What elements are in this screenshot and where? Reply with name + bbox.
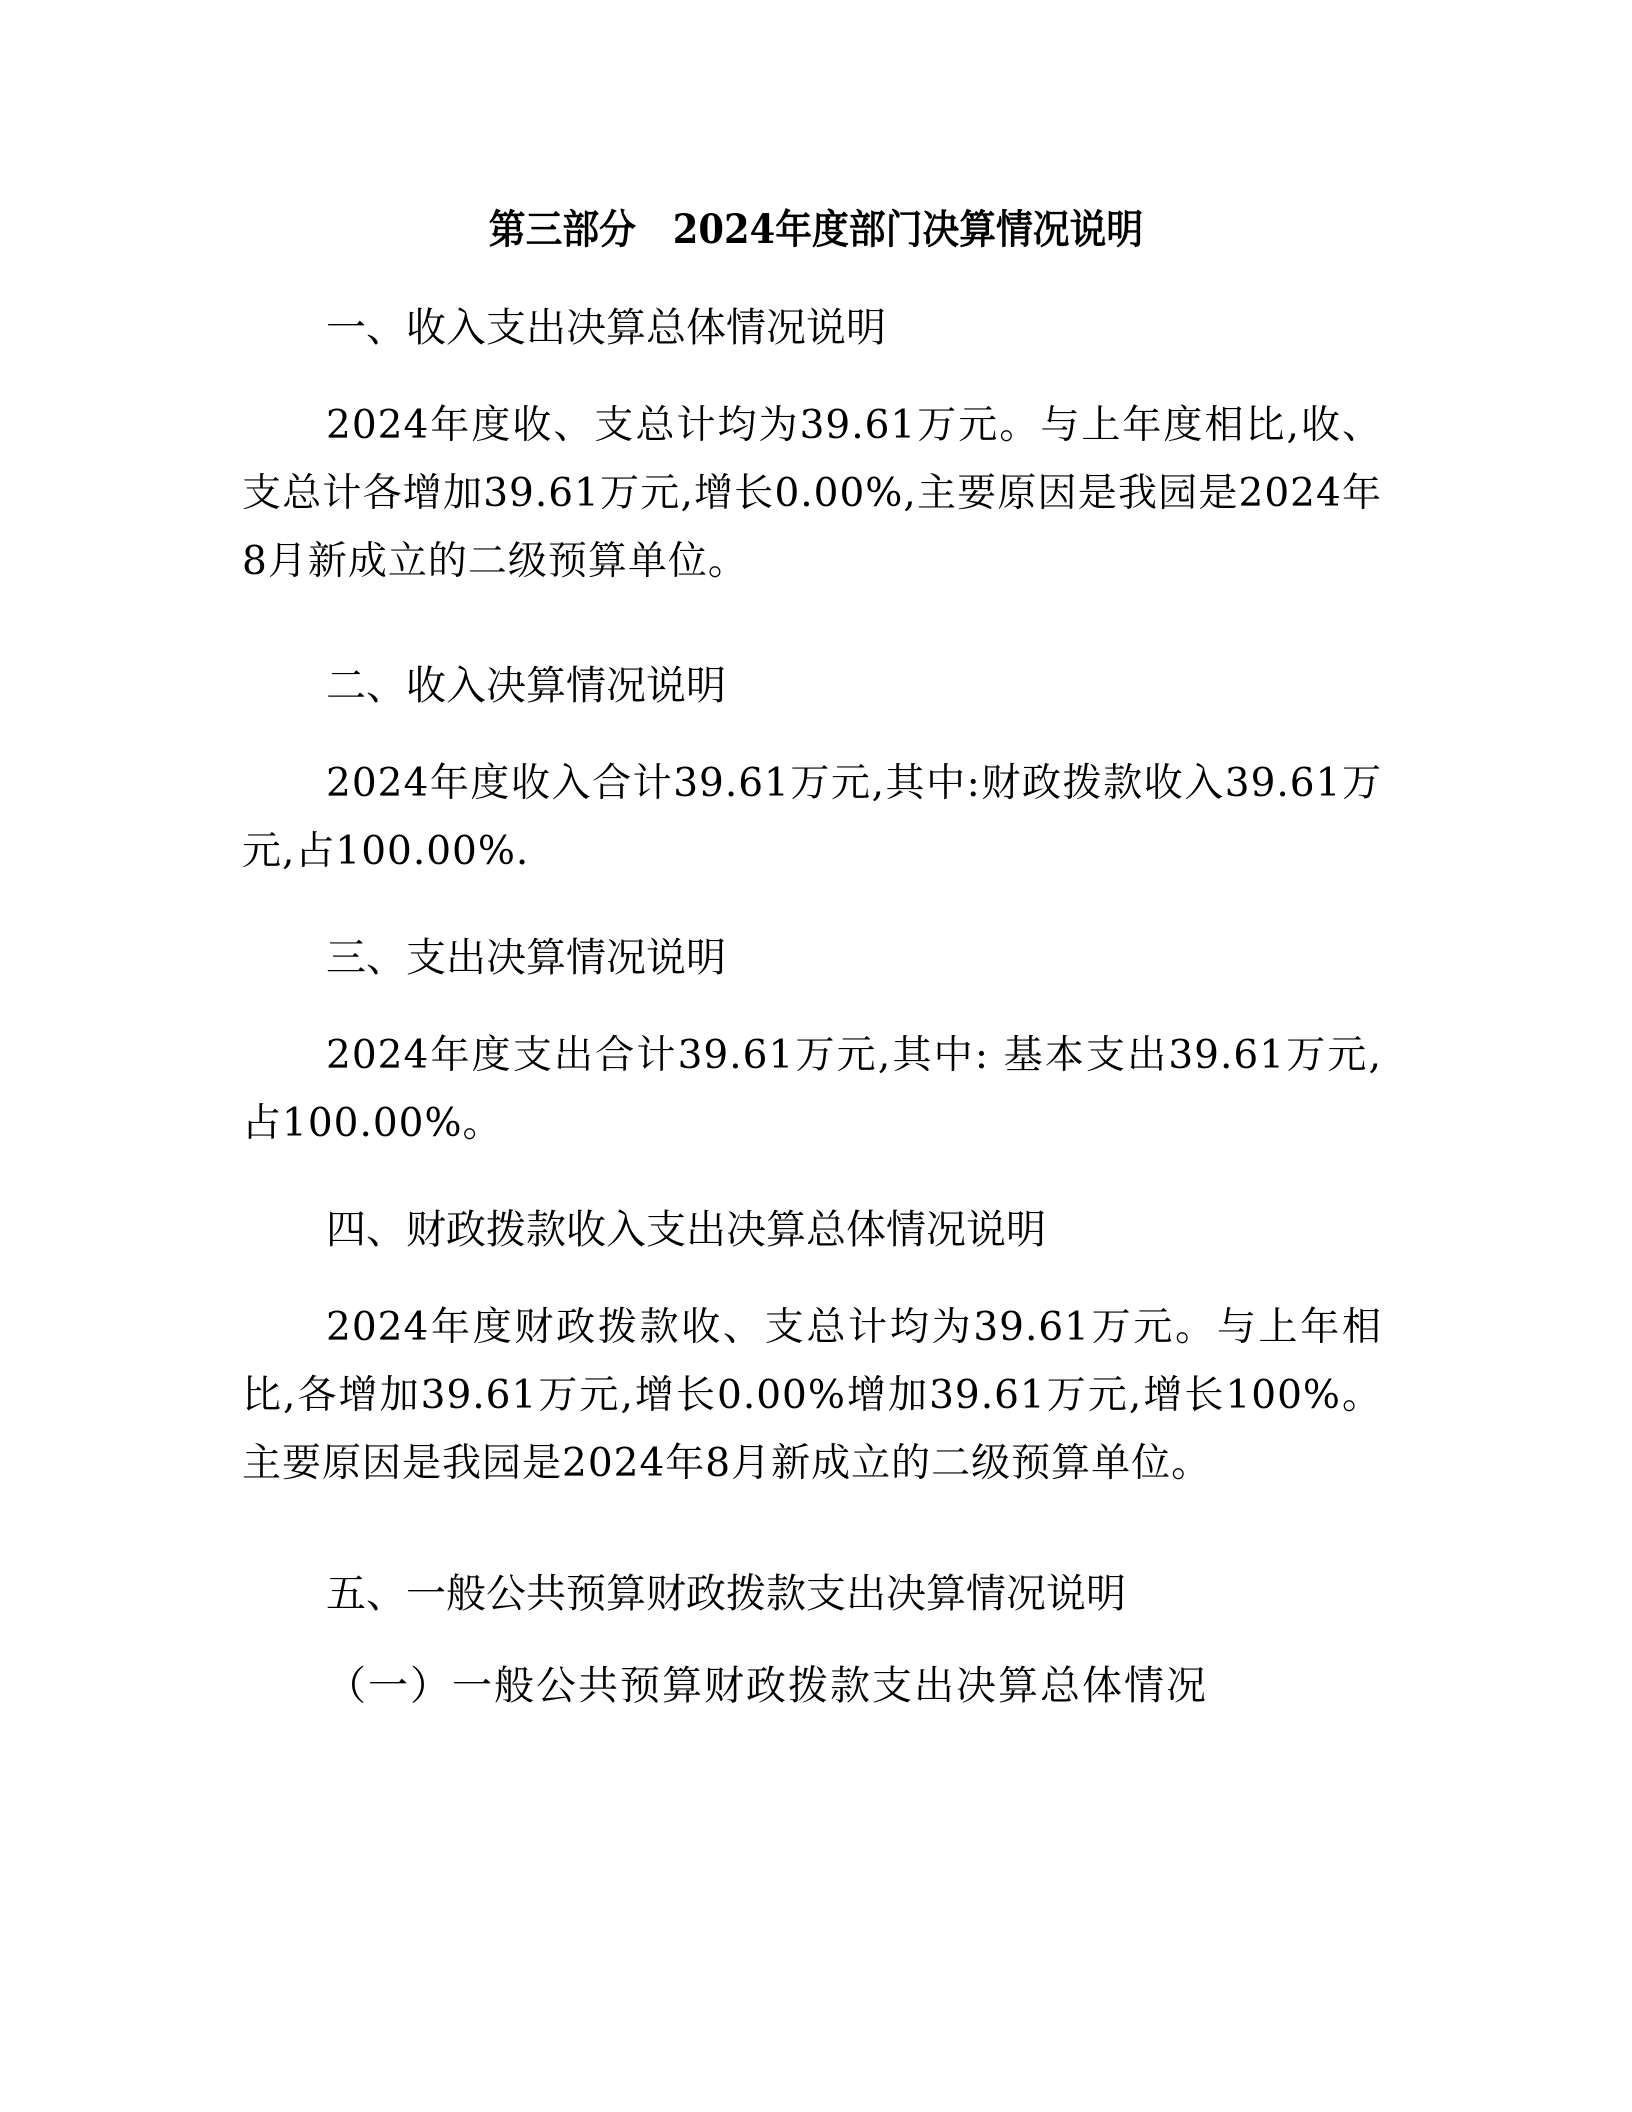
section-heading-expenditure: 三、支出决算情况说明 <box>326 928 726 988</box>
section-subheading-general-public-budget-overview: （一）一般公共预算财政拨款支出决算总体情况 <box>326 1656 1208 1716</box>
section-body-expenditure: 2024年度支出合计39.61万元,其中: 基本支出39.61万元,占100.0… <box>242 1022 1382 1158</box>
section-heading-income: 二、收入决算情况说明 <box>326 656 726 716</box>
section-body-fiscal-appropriation: 2024年度财政拨款收、支总计均为39.61万元。与上年相比,各增加39.61万… <box>242 1294 1382 1498</box>
document-page: 第三部分 2024年度部门决算情况说明 一、收入支出决算总体情况说明 2024年… <box>0 0 1632 2112</box>
section-heading-general-public-budget: 五、一般公共预算财政拨款支出决算情况说明 <box>326 1564 1126 1624</box>
section-body-income-expenditure-overview: 2024年度收、支总计均为39.61万元。与上年度相比,收、支总计各增加39.6… <box>242 392 1382 596</box>
section-heading-income-expenditure-overview: 一、收入支出决算总体情况说明 <box>326 298 886 358</box>
section-body-income: 2024年度收入合计39.61万元,其中:财政拨款收入39.61万元,占100.… <box>242 750 1382 886</box>
page-title: 第三部分 2024年度部门决算情况说明 <box>65 200 1566 260</box>
section-heading-fiscal-appropriation: 四、财政拨款收入支出决算总体情况说明 <box>326 1200 1046 1260</box>
